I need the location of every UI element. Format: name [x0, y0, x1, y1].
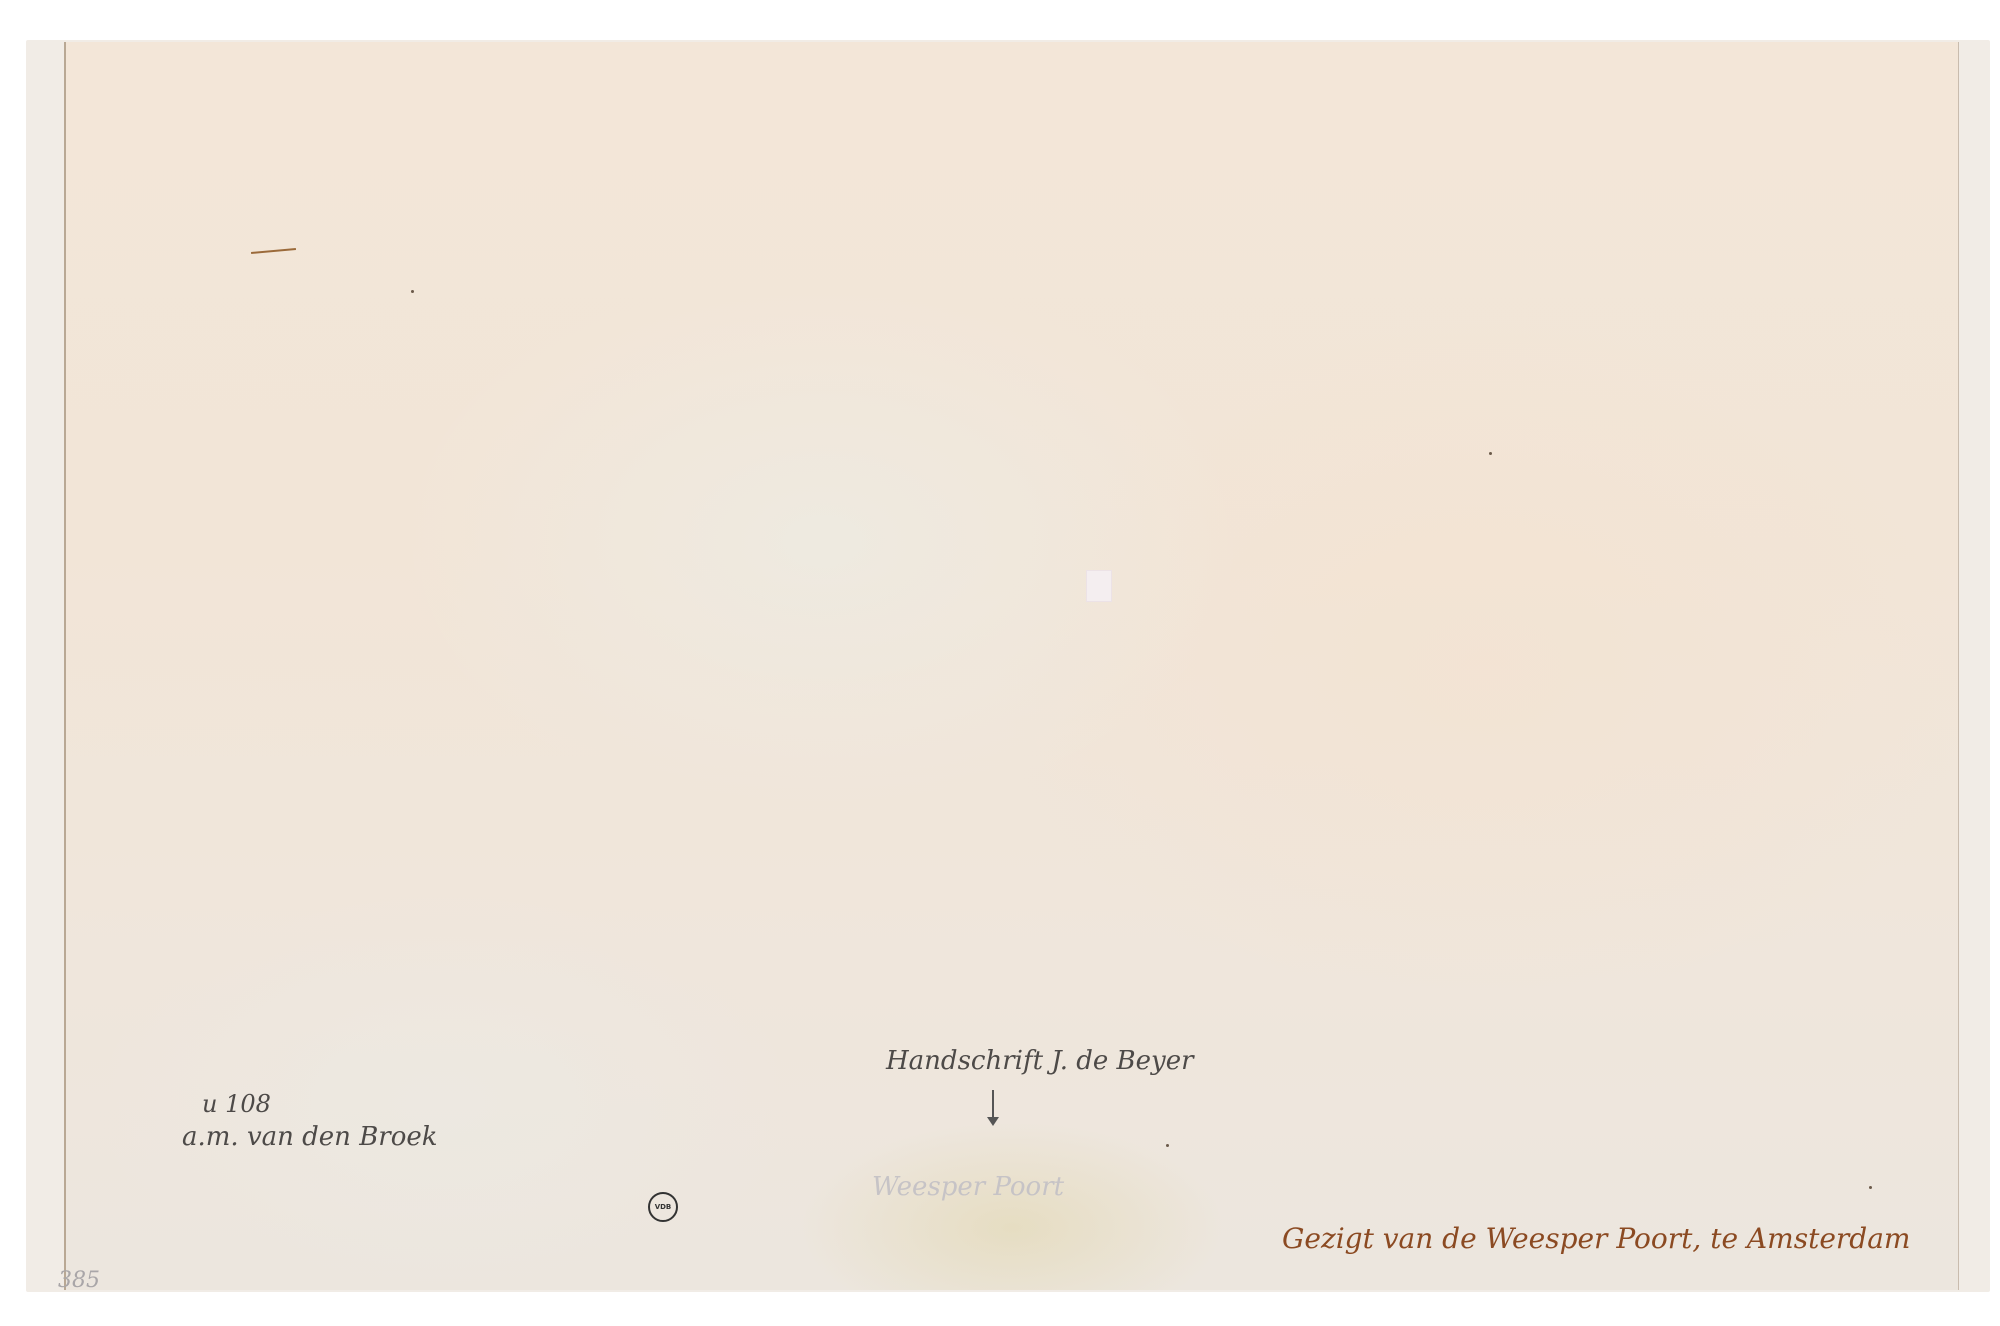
inventory-number: u 108	[202, 1090, 271, 1118]
faint-title: Weesper Poort	[872, 1172, 1064, 1202]
stain-mark	[251, 248, 296, 254]
foxing-spot	[1166, 1144, 1169, 1147]
handwriting-note: Handschrift J. de Beyer	[886, 1046, 1194, 1076]
corner-number: 385	[58, 1268, 100, 1293]
foxing-spot	[1869, 1186, 1872, 1189]
paper-patch	[1086, 570, 1112, 602]
arrow-down-icon	[992, 1090, 994, 1124]
collector-name: a.m. van den Broek	[182, 1122, 438, 1152]
collector-stamp: VDB	[648, 1192, 678, 1222]
foxing-spot	[411, 290, 414, 293]
paper-sheet	[64, 42, 1959, 1290]
main-title: Gezigt van de Weesper Poort, te Amsterda…	[1282, 1222, 1910, 1255]
foxing-spot	[1489, 452, 1492, 455]
stamp-text: VDB	[655, 1203, 672, 1211]
